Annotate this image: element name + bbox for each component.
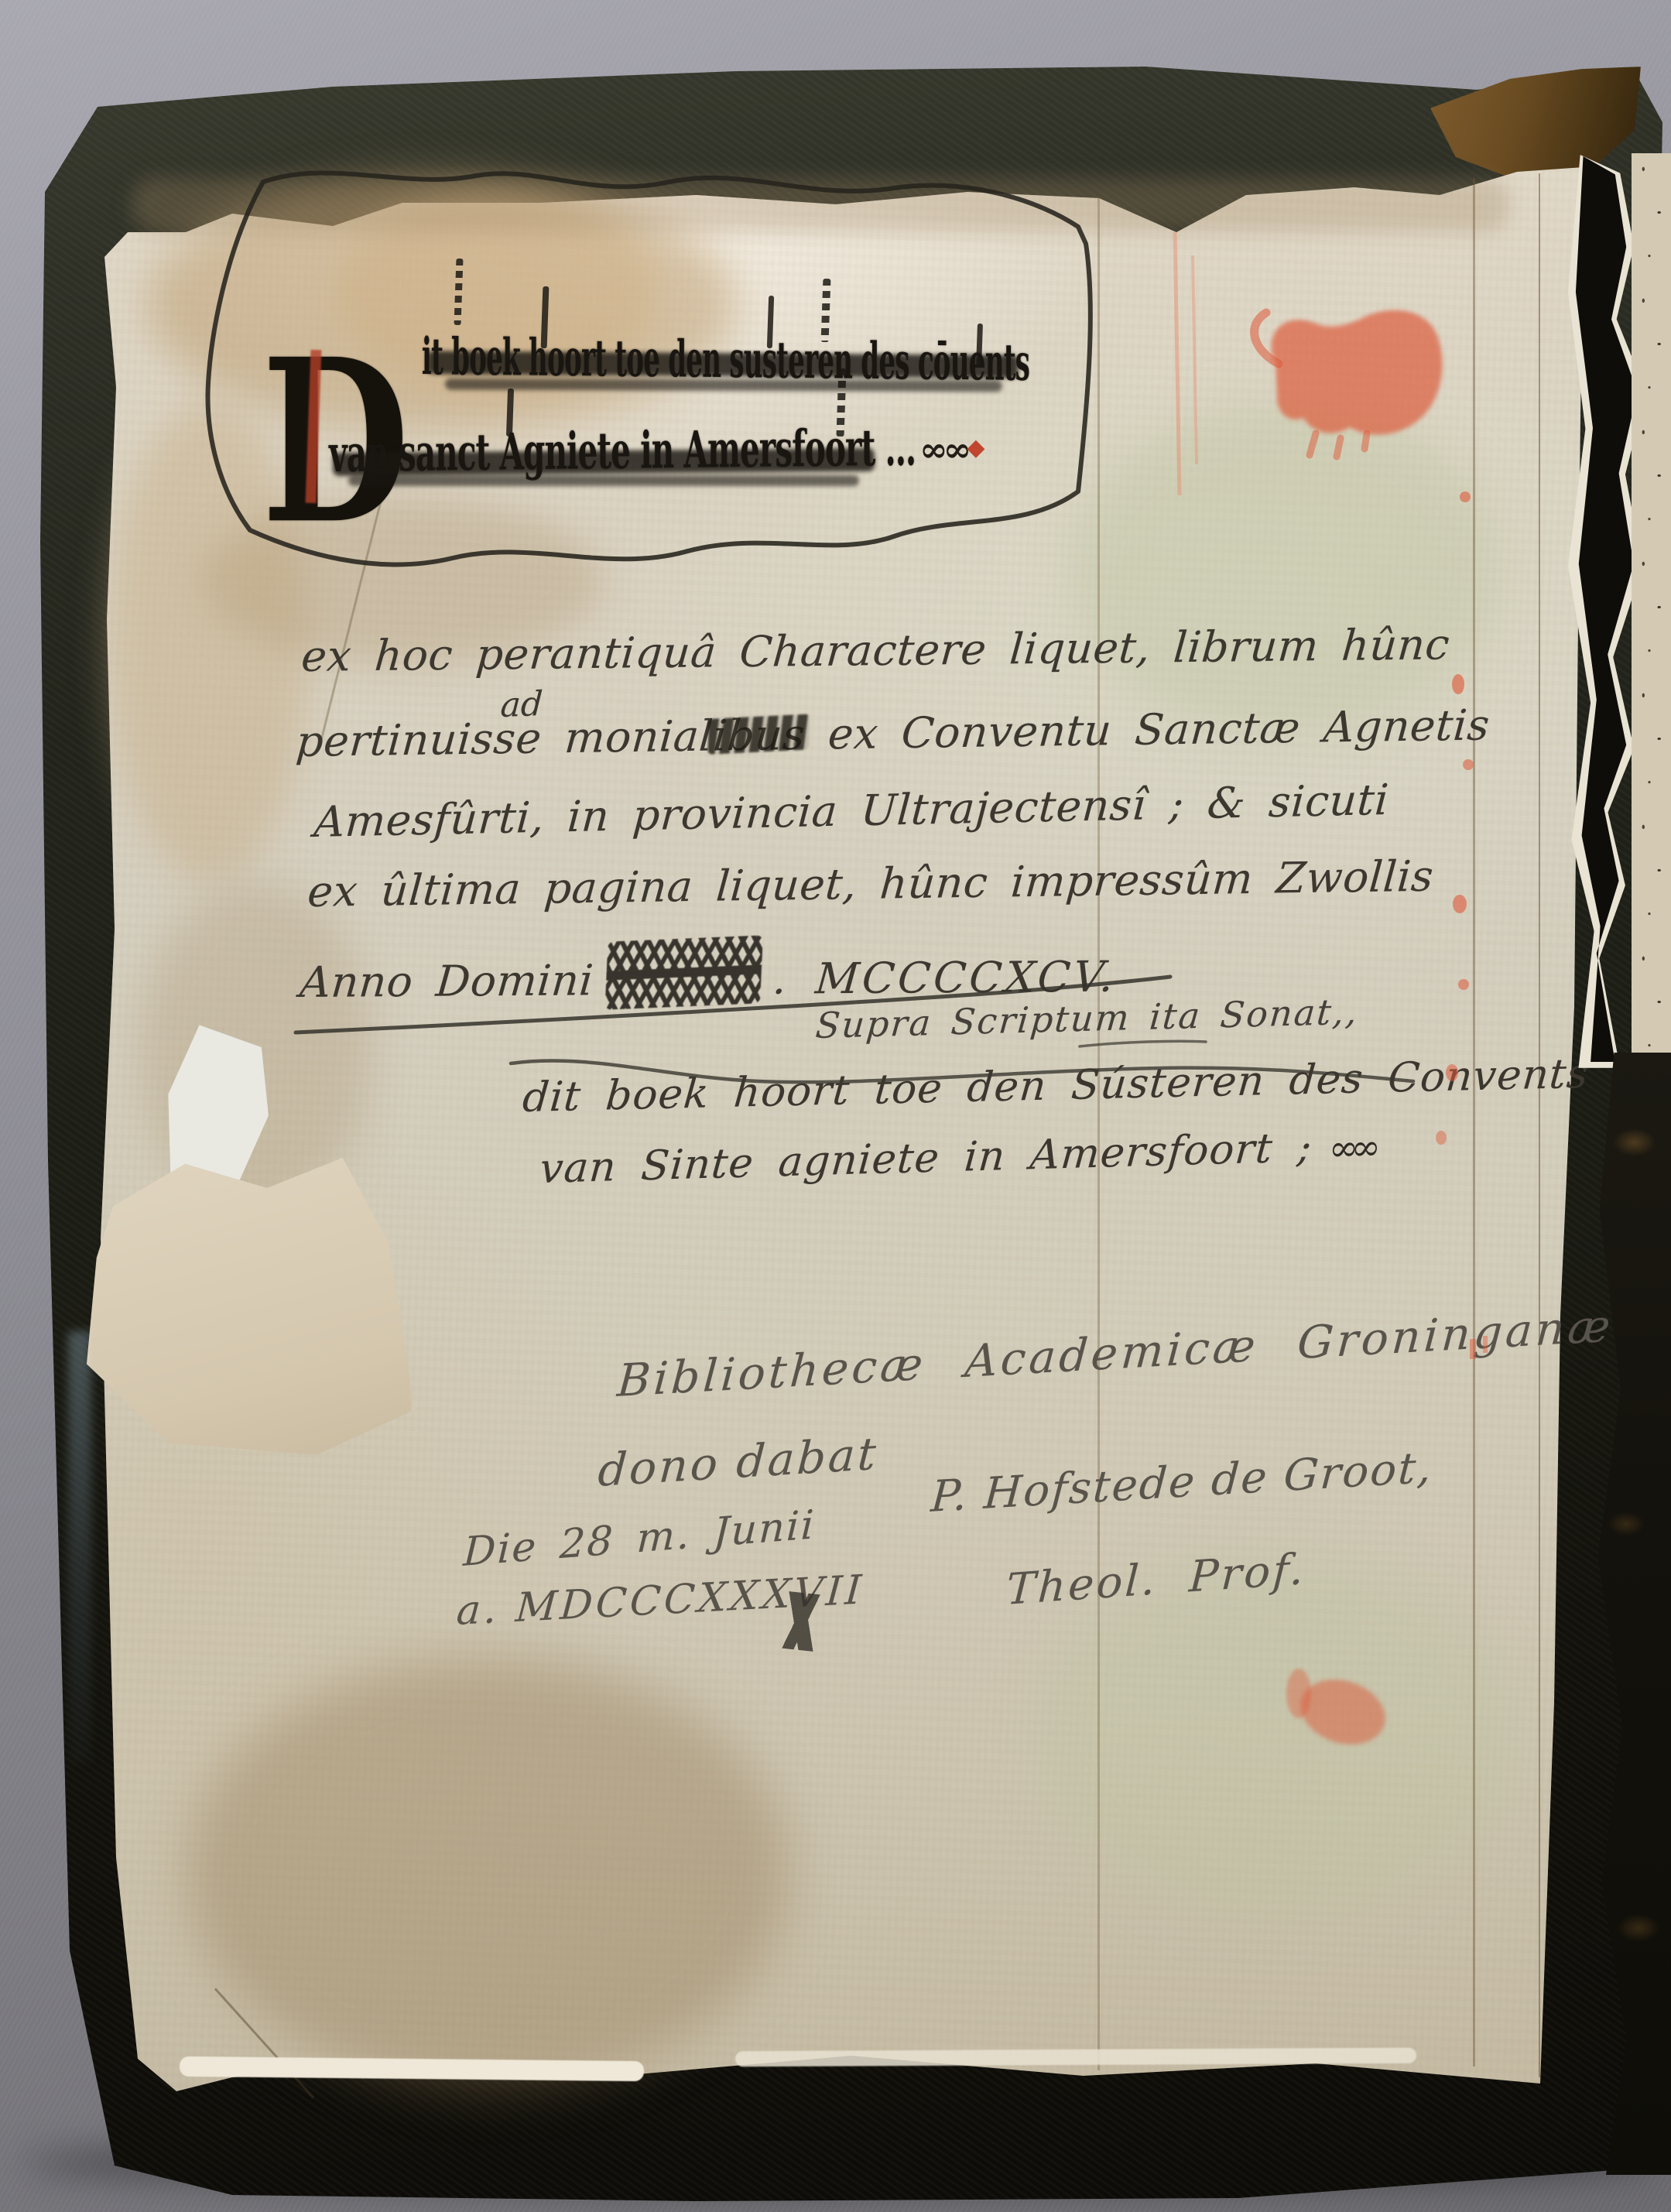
pen-flourish-ornament: ∞∞ bbox=[1327, 1126, 1375, 1169]
page-edge-line bbox=[1539, 173, 1540, 2077]
red-diamond-accent: ◆ bbox=[967, 434, 984, 461]
spine-highlight bbox=[68, 1331, 91, 1765]
photo-of-manuscript-pastedown: D it boek hoort toe den susteren des cōu… bbox=[0, 0, 1671, 2212]
flourish-glyph: ∞∞ bbox=[919, 430, 967, 470]
green-tint-stain bbox=[1037, 1556, 1517, 1919]
roman-year-1495: . MCCCCXCV. bbox=[771, 952, 1118, 1004]
edge-stain bbox=[132, 178, 1509, 232]
latin-line2-struck-word: ibus bbox=[711, 710, 806, 761]
year-correction-scribble bbox=[759, 1589, 842, 1654]
pen-flourish-ornament: ∞∞◆ bbox=[919, 430, 984, 470]
adjacent-leaf-edge bbox=[1632, 153, 1671, 1183]
latin-line2-post: ex Conventu Sanctæ Agnetis bbox=[827, 700, 1491, 758]
green-tint-stain bbox=[1068, 402, 1502, 735]
anno-domini-label: Anno Domini bbox=[298, 955, 595, 1007]
water-stain bbox=[186, 1656, 789, 2090]
cancellation-stroke bbox=[427, 351, 1019, 378]
latin-note-line5: Anno Domini. MCCCCXCV. bbox=[298, 936, 1120, 1007]
cancellation-stroke bbox=[333, 448, 875, 476]
page-crease bbox=[1473, 178, 1475, 2066]
latin-line2-pre: pertinuisse monial bbox=[294, 711, 715, 766]
cancellation-stroke bbox=[445, 378, 1002, 392]
crossed-out-year-scribble bbox=[604, 935, 763, 1009]
cancellation-stroke bbox=[348, 475, 859, 486]
